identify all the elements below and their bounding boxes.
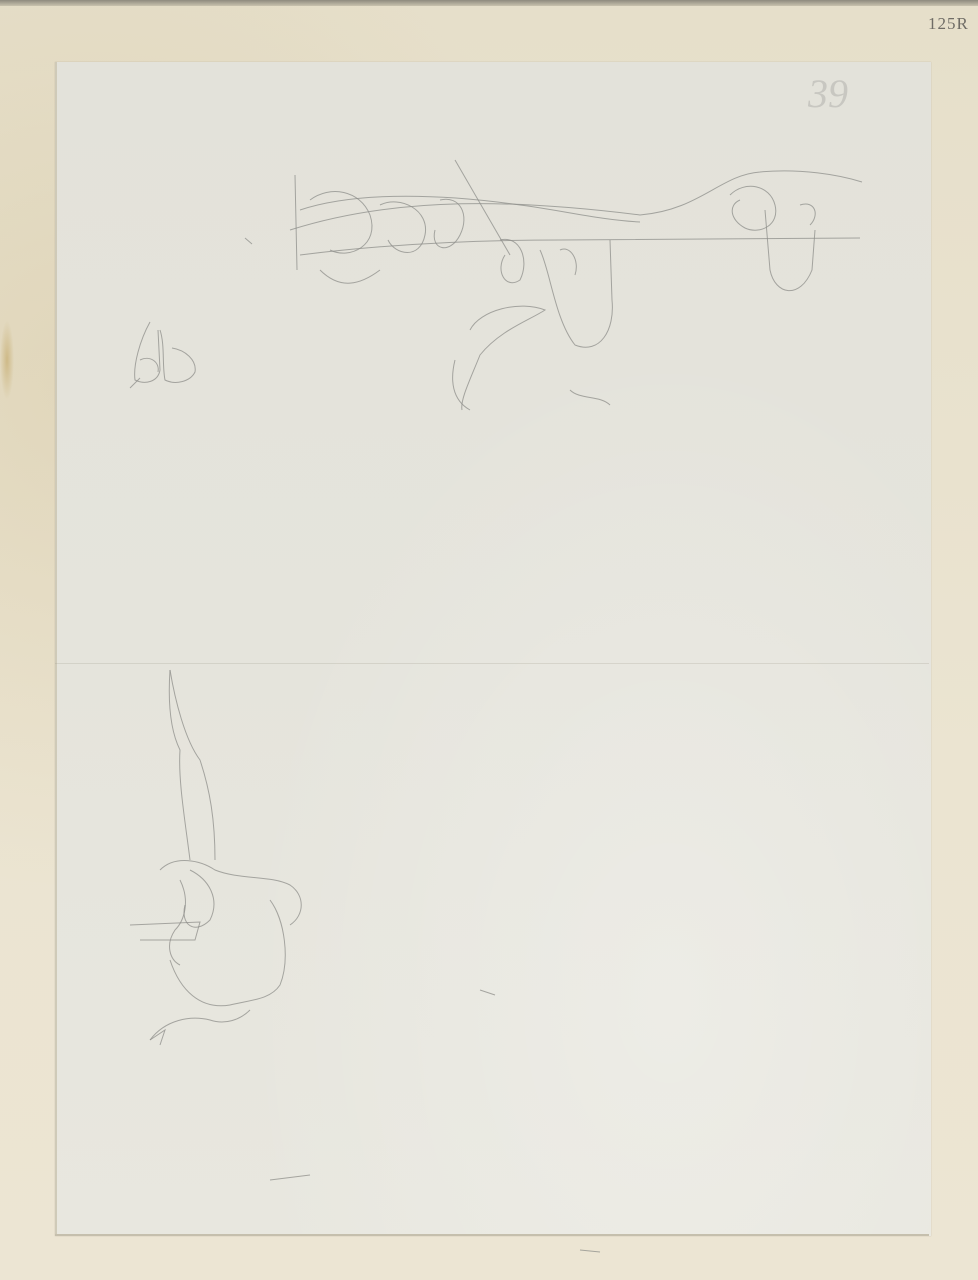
figure-with-raised-arm xyxy=(130,670,301,1045)
pencil-sketches xyxy=(0,0,978,1280)
small-drapery-study xyxy=(130,322,195,388)
stray-marks xyxy=(270,990,600,1252)
horizontal-figure-study xyxy=(245,160,862,410)
